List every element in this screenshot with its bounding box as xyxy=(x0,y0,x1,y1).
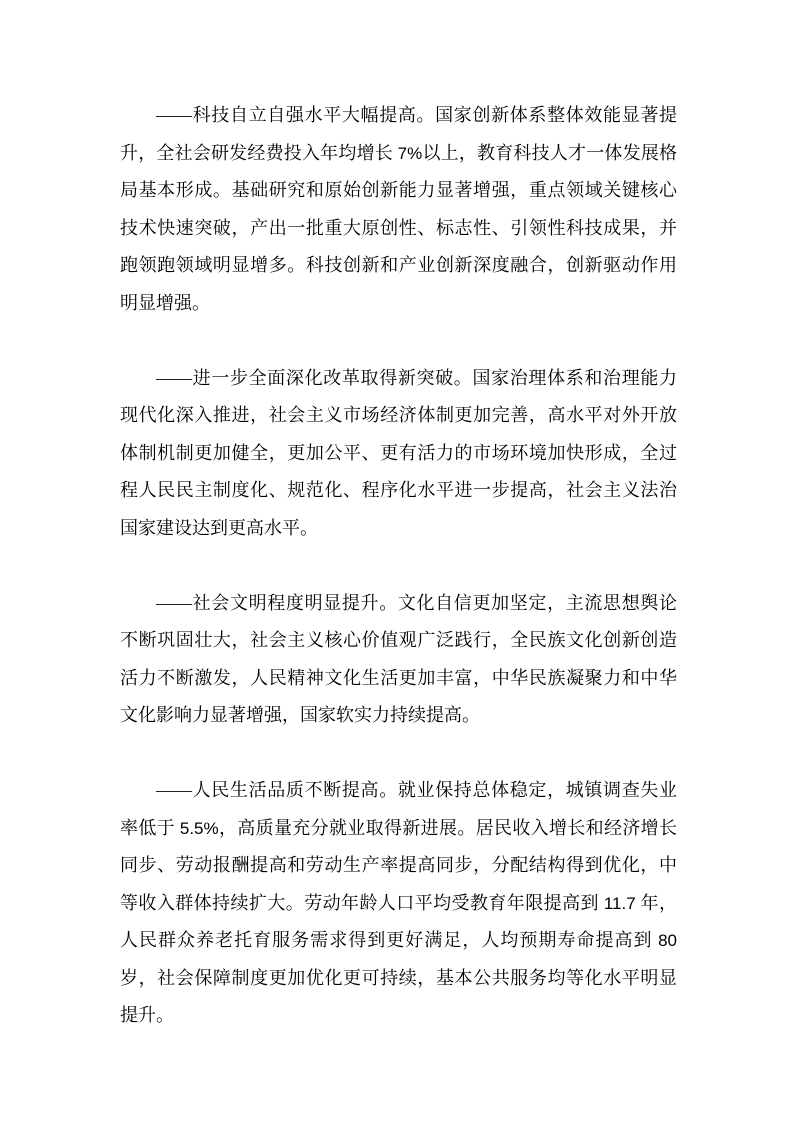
paragraph: ——人民生活品质不断提高。就业保持总体稳定，城镇调查失业率低于 5.5%，高质量… xyxy=(120,772,677,1035)
paragraph: ——社会文明程度明显提升。文化自信更加坚定，主流思想舆论不断巩固壮大，社会主义核… xyxy=(120,585,677,735)
text-run: ——社会文明程度明显提升。文化自信更加坚定，主流思想舆论不断巩固壮大，社会主义核… xyxy=(120,593,677,726)
text-run: 以上，教育科技人才一体发展格局基本形成。基础研究和原始创新能力显著增强，重点领域… xyxy=(120,143,677,313)
paragraph: ——科技自立自强水平大幅提高。国家创新体系整体效能显著提升，全社会研发经费投入年… xyxy=(120,97,677,322)
figure-run: 11.7 xyxy=(604,894,636,913)
text-run: ——进一步全面深化改革取得新突破。国家治理体系和治理能力现代化深入推进，社会主义… xyxy=(120,368,677,538)
figure-run: 7% xyxy=(398,144,423,163)
document-body: ——科技自立自强水平大幅提高。国家创新体系整体效能显著提升，全社会研发经费投入年… xyxy=(120,97,677,1035)
figure-run: 5.5% xyxy=(180,819,219,838)
document-page: ——科技自立自强水平大幅提高。国家创新体系整体效能显著提升，全社会研发经费投入年… xyxy=(0,0,793,1122)
paragraph: ——进一步全面深化改革取得新突破。国家治理体系和治理能力现代化深入推进，社会主义… xyxy=(120,360,677,548)
text-run: 岁，社会保障制度更加优化更可持续，基本公共服务均等化水平明显提升。 xyxy=(120,968,677,1026)
figure-run: 80 xyxy=(658,931,677,950)
